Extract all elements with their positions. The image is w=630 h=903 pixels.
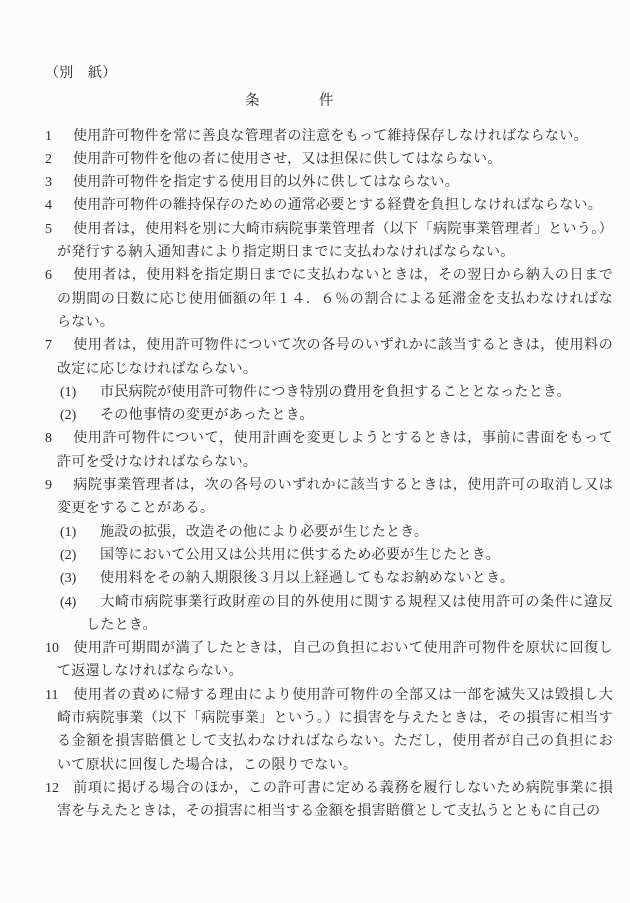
condition-text: 使用者は，使用料を指定期日までに支払わないときは，その翌日から納入の日までの期間…	[57, 268, 613, 330]
subitem-number: (3)	[60, 567, 100, 590]
condition-text: 使用許可物件を常に善良な管理者の注意をもって維持保存しなければならない。	[73, 129, 588, 144]
subitem-text: その他事情の変更があったとき。	[100, 408, 314, 423]
condition-number: 11	[45, 684, 73, 707]
condition-7-subitem-(2): (2)その他事情の変更があったとき。	[60, 404, 613, 427]
condition-item-2: 2使用許可物件を他の者に使用させ，又は担保に供してはならない。	[45, 148, 613, 171]
condition-item-6: 6使用者は，使用料を指定期日までに支払わないときは，その翌日から納入の日までの期…	[45, 264, 613, 334]
subitem-text: 施設の拡張，改造その他により必要が生じたとき。	[100, 525, 428, 540]
condition-number: 12	[45, 777, 73, 800]
condition-9-subitem-(3): (3)使用料をその納入期限後３月以上経過してもなお納めないとき。	[60, 567, 613, 590]
condition-9-subitem-(1): (1)施設の拡張，改造その他により必要が生じたとき。	[60, 521, 613, 544]
condition-item-5: 5使用者は，使用料を別に大崎市病院事業管理者（以下「病院事業管理者」という。）が…	[45, 218, 613, 265]
condition-9-subitem-(4): (4)大崎市病院事業行政財産の目的外使用に関する規程又は使用許可の条件に違反した…	[60, 591, 613, 638]
condition-item-12: 12前項に掲げる場合のほか，この許可書に定める義務を履行しないため病院事業に損害…	[45, 777, 613, 824]
condition-item-1: 1使用許可物件を常に善良な管理者の注意をもって維持保存しなければならない。	[45, 125, 613, 148]
condition-number: 8	[45, 427, 73, 450]
condition-text: 使用許可物件を指定する使用目的以外に供してはならない。	[73, 175, 459, 190]
conditions-list: 1使用許可物件を常に善良な管理者の注意をもって維持保存しなければならない。2使用…	[45, 125, 613, 824]
condition-text: 使用者は，使用許可物件について次の各号のいずれかに該当するときは，使用料の改定に…	[57, 338, 613, 376]
condition-text: 使用許可物件を他の者に使用させ，又は担保に供してはならない。	[73, 152, 502, 167]
condition-item-10: 10使用許可期間が満了したときは，自己の負担において使用許可物件を原状に回復して…	[45, 637, 613, 684]
subitem-text: 市民病院が使用許可物件につき特別の費用を負担することとなったとき。	[100, 385, 571, 400]
condition-number: 4	[45, 194, 73, 217]
subitem-number: (2)	[60, 404, 100, 427]
condition-number: 6	[45, 264, 73, 287]
condition-number: 2	[45, 148, 73, 171]
condition-number: 5	[45, 218, 73, 241]
subitem-number: (1)	[60, 381, 100, 404]
subitem-number: (1)	[60, 521, 100, 544]
subitem-text: 大崎市病院事業行政財産の目的外使用に関する規程又は使用許可の条件に違反したとき。	[86, 595, 613, 633]
subitem-text: 使用料をその納入期限後３月以上経過してもなお納めないとき。	[100, 571, 514, 586]
condition-text: 使用許可期間が満了したときは，自己の負担において使用許可物件を原状に回復して返還…	[57, 641, 613, 679]
condition-item-11: 11使用者の責めに帰する理由により使用許可物件の全部又は一部を滅失又は毀損し大崎…	[45, 684, 613, 777]
condition-item-4: 4使用許可物件の維持保存のための通常必要とする経費を負担しなければならない。	[45, 194, 613, 217]
attachment-label: （別 紙）	[45, 62, 613, 85]
condition-item-7: 7使用者は，使用許可物件について次の各号のいずれかに該当するときは，使用料の改定…	[45, 334, 613, 381]
condition-text: 使用者の責めに帰する理由により使用許可物件の全部又は一部を滅失又は毀損し大崎市病…	[57, 688, 613, 773]
condition-number: 1	[45, 125, 73, 148]
condition-7-subitem-(1): (1)市民病院が使用許可物件につき特別の費用を負担することとなったとき。	[60, 381, 613, 404]
condition-number: 10	[45, 637, 73, 660]
condition-text: 前項に掲げる場合のほか，この許可書に定める義務を履行しないため病院事業に損害を与…	[57, 781, 613, 819]
condition-text: 病院事業管理者は，次の各号のいずれかに該当するときは，使用許可の取消し又は変更を…	[57, 478, 613, 516]
condition-number: 3	[45, 171, 73, 194]
condition-text: 使用者は，使用料を別に大崎市病院事業管理者（以下「病院事業管理者」という。）が発…	[57, 222, 613, 260]
subitem-number: (2)	[60, 544, 100, 567]
subitem-text: 国等において公用又は公共用に供するため必要が生じたとき。	[100, 548, 500, 563]
document-title: 条 件	[245, 90, 613, 113]
condition-item-8: 8使用許可物件について，使用計画を変更しようとするときは，事前に書面をもって許可…	[45, 427, 613, 474]
document-content: （別 紙） 条 件 1使用許可物件を常に善良な管理者の注意をもって維持保存しなけ…	[45, 62, 613, 824]
condition-text: 使用許可物件について，使用計画を変更しようとするときは，事前に書面をもって許可を…	[57, 431, 613, 469]
condition-9-subitem-(2): (2)国等において公用又は公共用に供するため必要が生じたとき。	[60, 544, 613, 567]
condition-item-3: 3使用許可物件を指定する使用目的以外に供してはならない。	[45, 171, 613, 194]
condition-number: 7	[45, 334, 73, 357]
condition-number: 9	[45, 474, 73, 497]
document-page: （別 紙） 条 件 1使用許可物件を常に善良な管理者の注意をもって維持保存しなけ…	[0, 0, 630, 903]
condition-text: 使用許可物件の維持保存のための通常必要とする経費を負担しなければならない。	[73, 198, 602, 213]
subitem-number: (4)	[60, 591, 100, 614]
condition-item-9: 9病院事業管理者は，次の各号のいずれかに該当するときは，使用許可の取消し又は変更…	[45, 474, 613, 521]
